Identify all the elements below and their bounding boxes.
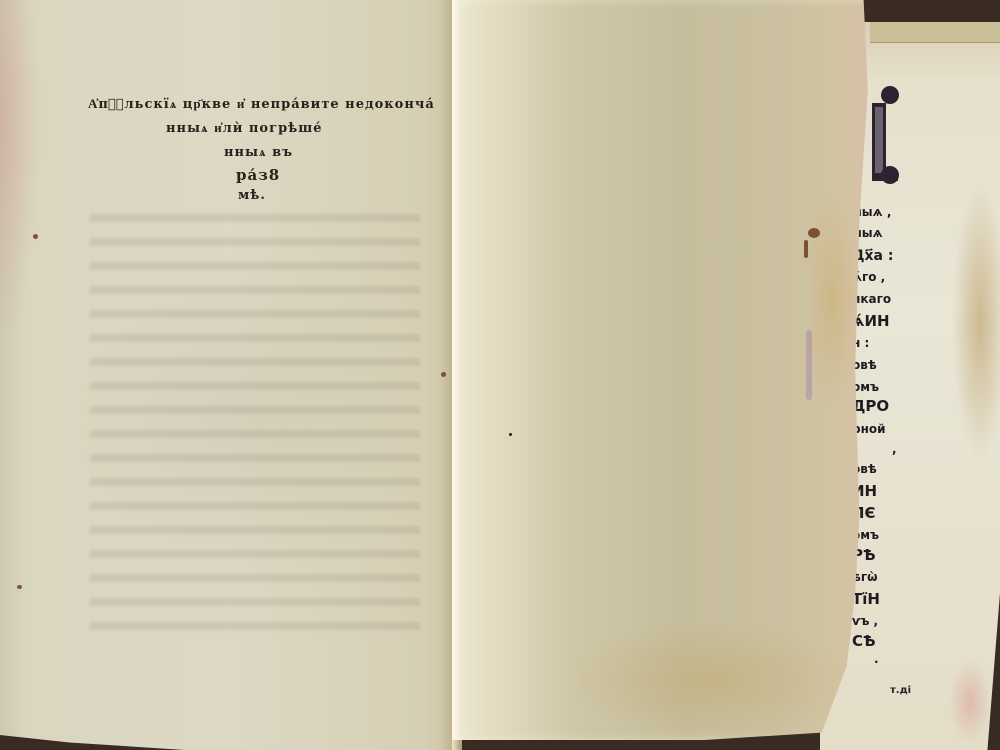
stain-mark — [17, 585, 22, 589]
right-line: ДРО — [852, 397, 889, 415]
stain-mark — [804, 240, 808, 258]
right-line: ѧ́ИН — [852, 312, 890, 330]
text-line: мѣ. — [238, 188, 266, 203]
right-line: , — [892, 442, 897, 456]
stain-mark — [509, 433, 512, 436]
right-line: ТїН — [852, 590, 880, 608]
stain-mark — [441, 372, 446, 377]
right-line: икаго — [852, 292, 891, 306]
folio-number: т.ді — [890, 685, 911, 696]
right-line: омъ — [852, 380, 879, 394]
right-line: . — [874, 652, 879, 666]
right-line: СѢ — [852, 632, 876, 650]
right-line: рной — [852, 422, 886, 436]
text-line: нныѧ и҆лѝ погрѣше́ — [166, 120, 323, 136]
right-line: ѵъ , — [852, 614, 878, 628]
book-photo: мыѧ , мыѧ Дх҃а : ѧ́го , икаго ѧ́ИН н : о… — [0, 0, 1000, 750]
show-through-text — [90, 200, 420, 640]
page-edge-highlight — [452, 0, 460, 750]
stain-mark — [33, 234, 38, 239]
text-line: ра́з8 — [236, 166, 280, 184]
ornamental-initial-icon — [866, 85, 902, 190]
right-page-top-edge — [870, 22, 1000, 43]
text-line: А҆пⷭ҇льскїѧ цр҃кве и҆ непра́вите недокон… — [88, 96, 435, 112]
ink-streak — [806, 330, 812, 400]
text-line: нныѧ въ — [224, 144, 293, 160]
right-line: овѣ — [852, 358, 877, 372]
stain-mark — [808, 228, 820, 238]
